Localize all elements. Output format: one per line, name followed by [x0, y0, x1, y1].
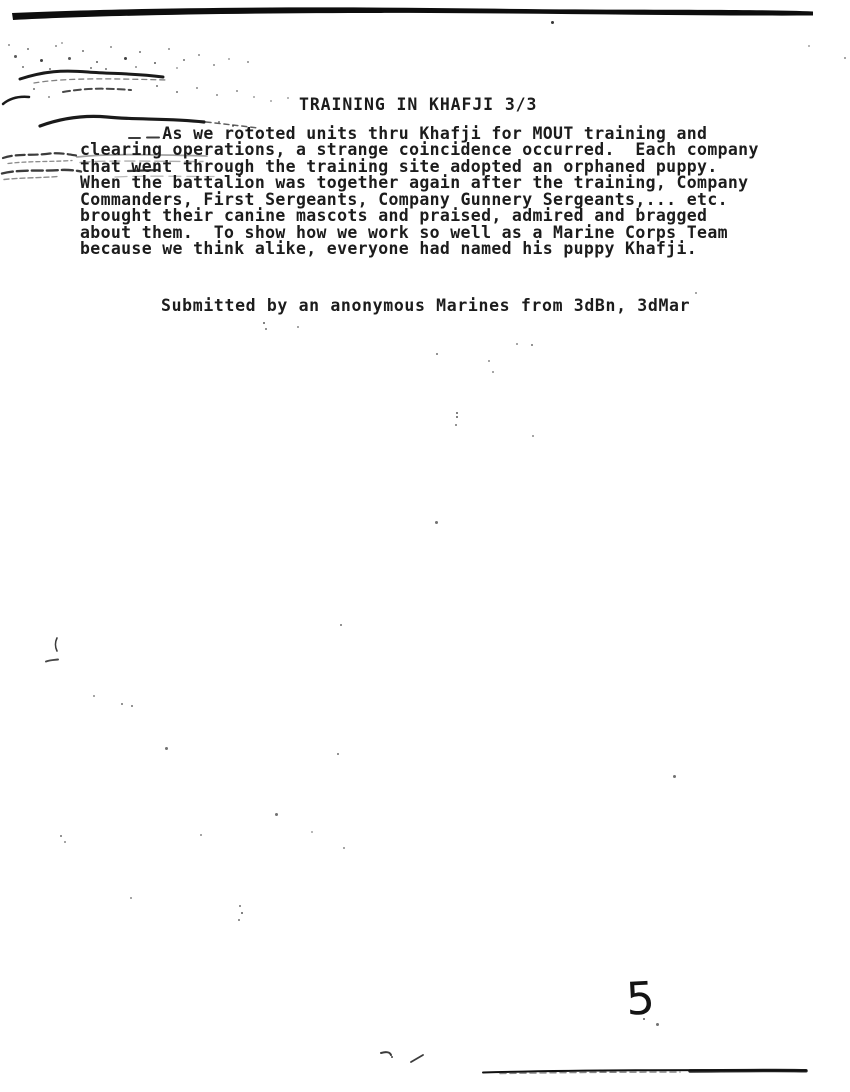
scan-edge-bottom-bar	[483, 1070, 806, 1073]
scan-speck	[14, 55, 17, 58]
paragraph-line: because we think alike, everyone had nam…	[80, 241, 759, 257]
scan-speck	[218, 121, 220, 123]
scan-speck	[531, 344, 533, 346]
scan-speck	[48, 96, 50, 98]
scan-speck	[8, 44, 10, 46]
scan-speck	[656, 1023, 659, 1026]
scan-speck	[22, 66, 24, 68]
scan-speck	[456, 416, 458, 418]
scan-speck	[238, 919, 240, 921]
scan-speck	[391, 1056, 393, 1058]
scan-speck	[492, 371, 494, 373]
scan-speck	[60, 835, 62, 837]
scan-speck	[196, 87, 198, 89]
scan-speck	[247, 128, 250, 131]
scan-speck	[200, 834, 202, 836]
scan-speck	[551, 21, 554, 24]
scan-speck	[82, 50, 84, 52]
scan-speck	[33, 88, 35, 90]
scan-speck	[337, 753, 339, 755]
scan-speck	[213, 64, 215, 66]
scan-speck	[516, 343, 518, 345]
scan-speck	[105, 68, 107, 70]
stray-marks	[46, 638, 423, 1062]
scan-speck	[532, 435, 534, 437]
scan-speck	[168, 48, 170, 50]
scan-speck	[176, 67, 178, 69]
scan-speck	[808, 45, 810, 47]
scan-speck	[673, 775, 676, 778]
scan-speck	[253, 96, 255, 98]
scan-speck	[93, 695, 95, 697]
scan-speck	[236, 90, 238, 92]
scan-speck	[287, 97, 289, 99]
scan-speck	[695, 292, 697, 294]
scan-speck	[297, 326, 299, 328]
scan-speck	[124, 57, 127, 60]
scan-speck	[265, 328, 267, 330]
scan-speck	[455, 424, 457, 426]
scan-speck	[456, 412, 458, 414]
body-paragraph: As we rototed units thru Khafji for MOUT…	[80, 126, 759, 258]
scan-speck	[61, 42, 63, 44]
scan-speck	[154, 62, 156, 64]
scanned-document-page: TRAINING IN KHAFJI 3/3 As we rototed uni…	[0, 0, 850, 1092]
scan-speck	[436, 353, 438, 355]
scan-speck	[131, 705, 133, 707]
scan-speck	[239, 905, 241, 907]
scan-speck	[270, 100, 272, 102]
scan-speck	[844, 57, 846, 59]
scan-edge-top-bar	[12, 7, 813, 20]
scan-speck	[263, 322, 265, 324]
scan-speck	[68, 57, 71, 60]
document-title: TRAINING IN KHAFJI 3/3	[299, 95, 537, 114]
scan-speck	[176, 91, 178, 93]
scan-speck	[121, 703, 123, 705]
scan-speck	[258, 131, 260, 133]
scan-speck	[435, 521, 438, 524]
scan-speck	[343, 847, 345, 849]
scan-speck	[643, 1018, 645, 1020]
scan-speck	[64, 841, 66, 843]
scan-speck	[96, 61, 98, 63]
scan-speck	[49, 68, 51, 70]
scan-speck	[311, 831, 313, 833]
scan-speck	[27, 48, 29, 50]
scan-speck	[40, 59, 43, 62]
submission-byline: Submitted by an anonymous Marines from 3…	[161, 296, 690, 315]
scan-speck	[139, 51, 141, 53]
scan-speck	[156, 85, 158, 87]
scan-speck	[228, 58, 230, 60]
scan-speck	[110, 46, 112, 48]
scan-speck	[488, 360, 490, 362]
scan-speck	[130, 897, 132, 899]
scan-speck	[90, 67, 92, 69]
scan-speck	[241, 912, 243, 914]
scan-speck	[340, 624, 342, 626]
scan-speck	[216, 94, 218, 96]
scan-speck	[247, 61, 249, 63]
scan-speck	[275, 813, 278, 816]
scan-speck	[232, 125, 234, 127]
scan-speck	[165, 747, 168, 750]
scan-speck	[55, 45, 57, 47]
scan-speck	[135, 66, 137, 68]
handwritten-page-number: 5	[625, 971, 656, 1025]
scan-speck	[198, 54, 200, 56]
scan-speck	[183, 59, 185, 61]
